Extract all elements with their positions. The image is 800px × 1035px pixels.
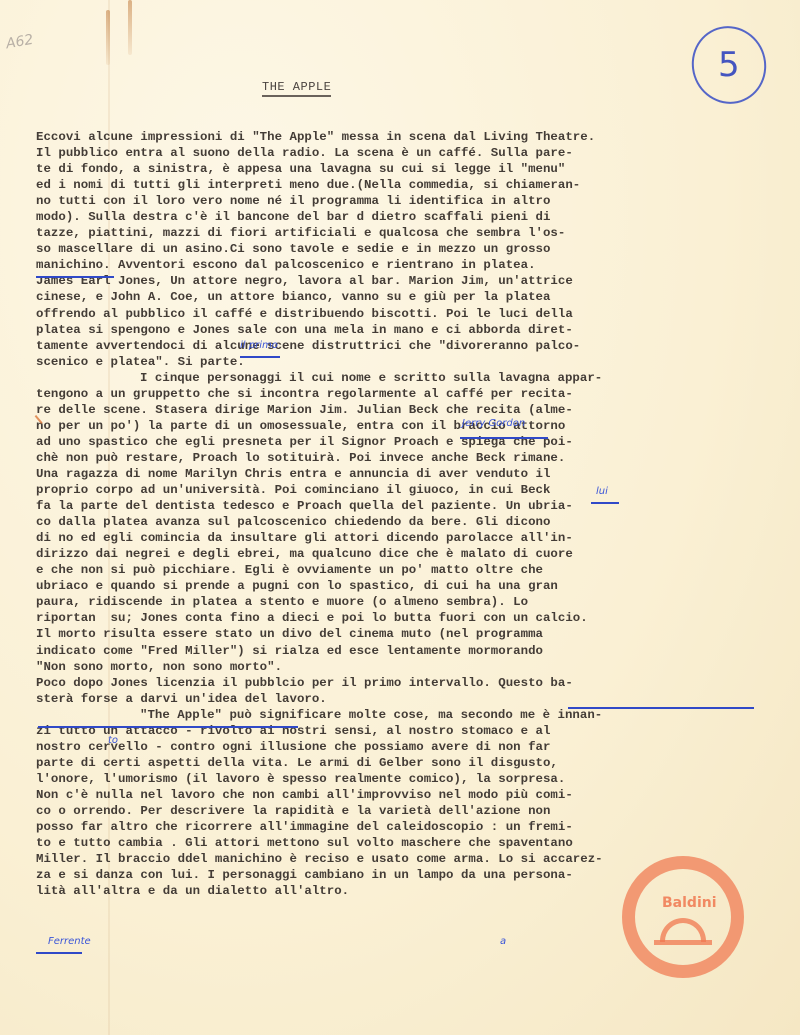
strikethrough xyxy=(36,952,82,954)
text-line: platea si spengono e Jones sale con una … xyxy=(36,322,796,338)
text-line: te di fondo, a sinistra, è appesa una la… xyxy=(36,161,796,177)
text-line: cinese, e John A. Coe, un attore bianco,… xyxy=(36,289,796,305)
text-line: James Earl Jones, Un attore negro, lavor… xyxy=(36,273,796,289)
text-line: offrendo al pubblico il caffé e distribu… xyxy=(36,306,796,322)
rust-stain xyxy=(106,10,110,65)
text-line: to e tutto cambia . Gli attori mettono s… xyxy=(36,835,796,851)
text-line: dirizzo dai negrei e degli ebrei, ma qua… xyxy=(36,546,796,562)
text-line: Non c'è nulla nel lavoro che non cambi a… xyxy=(36,787,796,803)
text-line: ed i nomi di tutti gli interpreti meno d… xyxy=(36,177,796,193)
archive-stamp xyxy=(622,856,744,978)
text-line: parte di certi aspetti della vita. Le ar… xyxy=(36,755,796,771)
text-line: manichino. Avventori escono dal palcosce… xyxy=(36,257,796,273)
text-line: riportan su; Jones conta fino a dieci e … xyxy=(36,610,796,626)
text-line: "Non sono morto, non sono morto". xyxy=(36,659,796,675)
text-line: no per un po') la parte di un omosessual… xyxy=(36,418,796,434)
text-line: proprio corpo ad un'università. Poi comi… xyxy=(36,482,796,498)
strikethrough xyxy=(38,726,298,728)
document-title: THE APPLE xyxy=(262,80,331,97)
text-line: l'onore, l'umorismo (il lavoro è spesso … xyxy=(36,771,796,787)
strikethrough xyxy=(568,707,754,709)
text-line: no tutti con il loro vero nome né il pro… xyxy=(36,193,796,209)
text-line: Il morto risulta essere stato un divo de… xyxy=(36,626,796,642)
strikethrough xyxy=(36,276,114,278)
handwritten-note: lui xyxy=(596,486,608,497)
typewritten-body: Eccovi alcune impressioni di "The Apple"… xyxy=(36,129,796,899)
text-line: posso far altro che ricorrere all'immagi… xyxy=(36,819,796,835)
page-number: 5 xyxy=(718,45,740,85)
text-line: nostro cervello - contro ogni illusione … xyxy=(36,739,796,755)
text-line: sterà forse a darvi un'idea del lavoro. xyxy=(36,691,796,707)
text-line: tazze, piattini, mazzi di fiori artifici… xyxy=(36,225,796,241)
text-line: so mascellare di un asino.Ci sono tavole… xyxy=(36,241,796,257)
archive-mark: A62 xyxy=(5,32,35,53)
stamp-label: Baldini xyxy=(662,895,717,911)
handwritten-note: to xyxy=(108,735,118,746)
handwritten-note: il primo xyxy=(240,340,278,351)
text-line: e che non si può picchiare. Egli è ovvia… xyxy=(36,562,796,578)
text-line: Il pubblico entra al suono della radio. … xyxy=(36,145,796,161)
text-line: indicato come "Fred Miller") si rialza e… xyxy=(36,643,796,659)
text-line: ubriaco e quando si prende a pugni con l… xyxy=(36,578,796,594)
stamp-emblem-base xyxy=(654,940,712,945)
text-line: Poco dopo Jones licenzia il pubblcio per… xyxy=(36,675,796,691)
strikethrough xyxy=(460,437,548,439)
text-line: I cinque personaggi il cui nome e scritt… xyxy=(36,370,796,386)
handwritten-note: a xyxy=(500,936,506,947)
text-line: paura, ridiscende in platea a stento e m… xyxy=(36,594,796,610)
rust-stain xyxy=(128,0,132,55)
text-line: di no ed egli comincia da insultare gli … xyxy=(36,530,796,546)
text-line: tengono a un gruppetto che si incontra r… xyxy=(36,386,796,402)
handwritten-note: Ferrente xyxy=(48,936,91,947)
text-line: co o orrendo. Per descrivere la rapidità… xyxy=(36,803,796,819)
text-line: "The Apple" può significare molte cose, … xyxy=(36,707,796,723)
text-line: Eccovi alcune impressioni di "The Apple"… xyxy=(36,129,796,145)
strikethrough xyxy=(591,502,619,504)
handwritten-note: Jerry Gordon xyxy=(462,418,525,429)
text-line: scenico e platea". Si parte. xyxy=(36,354,796,370)
text-line: chè non può restare, Proach lo sotituirà… xyxy=(36,450,796,466)
page-number-circled: 5 xyxy=(682,16,776,113)
text-line: re delle scene. Stasera dirige Marion Ji… xyxy=(36,402,796,418)
text-line: fa la parte del dentista tedesco e Proac… xyxy=(36,498,796,514)
text-line: ad uno spastico che egli presneta per il… xyxy=(36,434,796,450)
text-line: co dalla platea avanza sul palcoscenico … xyxy=(36,514,796,530)
text-line: tamente avvertendoci di alcune scene dis… xyxy=(36,338,796,354)
strikethrough xyxy=(240,356,280,358)
text-line: Una ragazza di nome Marilyn Chris entra … xyxy=(36,466,796,482)
text-line: modo). Sulla destra c'è il bancone del b… xyxy=(36,209,796,225)
